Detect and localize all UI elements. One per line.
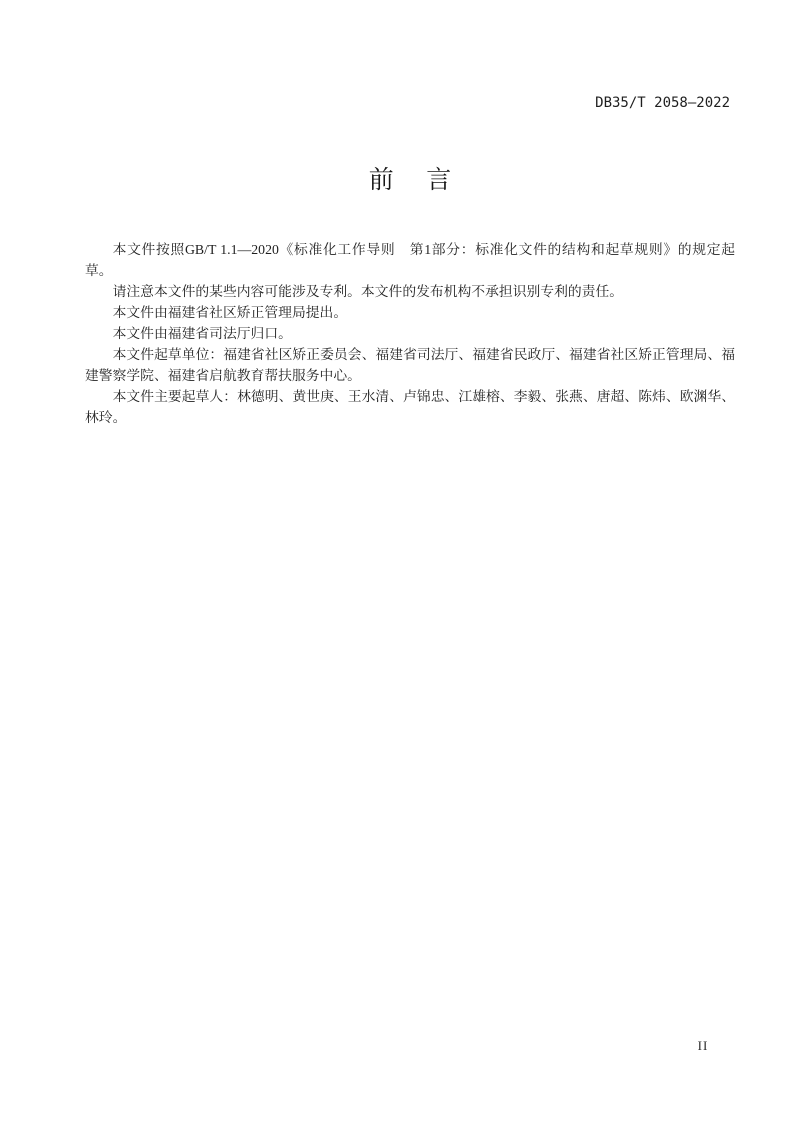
foreword-paragraph-patent-notice: 请注意本文件的某些内容可能涉及专利。本文件的发布机构不承担识别专利的责任。: [85, 281, 735, 302]
standard-document-code: DB35/T 2058—2022: [595, 95, 730, 111]
page-number: II: [688, 1038, 718, 1054]
foreword-paragraph-centralized-by: 本文件由福建省司法厅归口。: [85, 323, 735, 344]
foreword-body: 本文件按照GB/T 1.1—2020《标准化工作导则 第1部分：标准化文件的结构…: [85, 239, 735, 428]
document-page: DB35/T 2058—2022 前言 本文件按照GB/T 1.1—2020《标…: [0, 0, 800, 1132]
foreword-heading-text: 前言: [336, 166, 484, 194]
foreword-paragraph-drafting-organizations: 本文件起草单位：福建省社区矫正委员会、福建省司法厅、福建省民政厅、福建省社区矫正…: [85, 344, 735, 386]
foreword-paragraph-proposed-by: 本文件由福建省社区矫正管理局提出。: [85, 302, 735, 323]
foreword-paragraph-main-drafters: 本文件主要起草人：林德明、黄世庚、王水清、卢锦忠、江雄榕、李毅、张燕、唐超、陈炜…: [85, 386, 735, 428]
foreword-heading: 前言: [85, 166, 735, 194]
foreword-paragraph-drafting-rules: 本文件按照GB/T 1.1—2020《标准化工作导则 第1部分：标准化文件的结构…: [85, 239, 735, 281]
